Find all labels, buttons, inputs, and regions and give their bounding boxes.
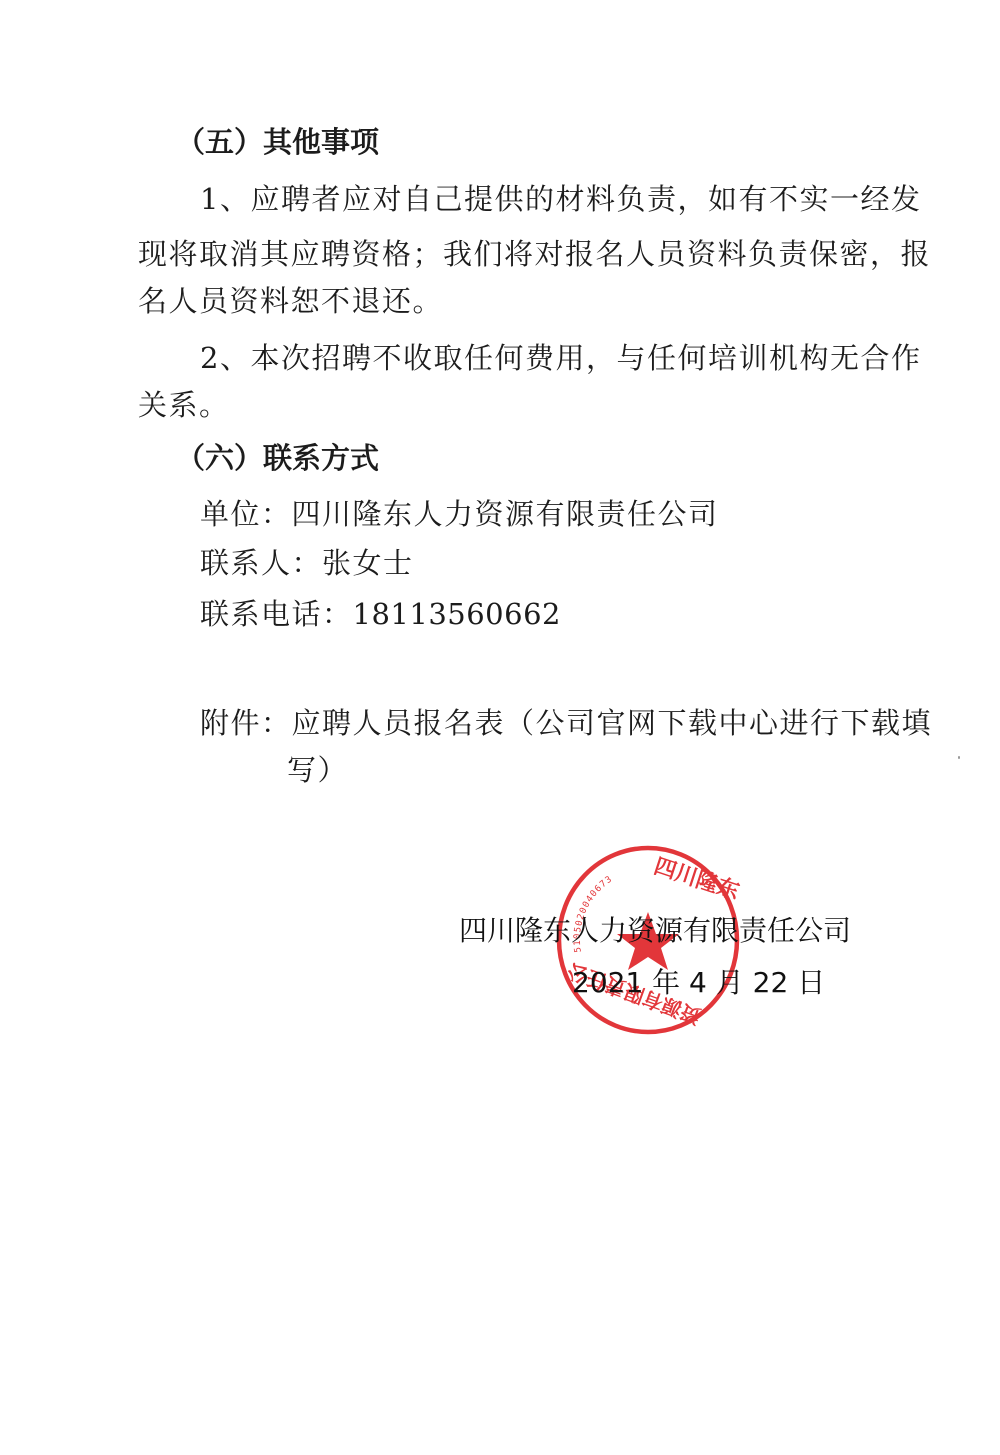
paragraph-item2-line2: 关系。	[138, 387, 230, 423]
paragraph-item1-line1: 1、应聘者应对自己提供的材料负责，如有不实一经发	[200, 181, 921, 217]
attachment-line1: 应聘人员报名表（公司官网下载中心进行下载填	[292, 706, 933, 740]
contact-person-row: 联系人：张女士	[200, 545, 414, 581]
paragraph-item2-line1: 2、本次招聘不收取任何费用，与任何培训机构无合作	[200, 340, 921, 376]
section-heading-other-matters: （五）其他事项	[176, 124, 379, 160]
attachment-line2: 写）	[287, 752, 348, 788]
contact-phone-row: 联系电话：18113560662	[200, 596, 561, 632]
document-page: （五）其他事项 1、应聘者应对自己提供的材料负责，如有不实一经发 现将取消其应聘…	[0, 0, 1000, 1455]
attachment-row: 附件：应聘人员报名表（公司官网下载中心进行下载填	[200, 705, 932, 741]
contact-person-value: 张女士	[322, 546, 414, 580]
paragraph-item1-line3: 名人员资料恕不退还。	[138, 283, 443, 319]
contact-unit-row: 单位：四川隆东人力资源有限责任公司	[200, 496, 719, 532]
contact-phone-value: 18113560662	[353, 597, 561, 631]
paragraph-item1-line2: 现将取消其应聘资格；我们将对报名人员资料负责保密，报	[138, 236, 931, 272]
contact-unit-label: 单位：	[200, 497, 292, 531]
contact-unit-value: 四川隆东人力资源有限责任公司	[292, 497, 719, 531]
contact-person-label: 联系人：	[200, 546, 322, 580]
contact-phone-label: 联系电话：	[200, 597, 353, 631]
signature-date: 2021 年 4 月 22 日	[572, 966, 825, 1000]
attachment-label: 附件：	[200, 706, 292, 740]
scan-speck	[958, 756, 960, 759]
section-heading-contact: （六）联系方式	[176, 440, 379, 476]
signature-company: 四川隆东人力资源有限责任公司	[459, 914, 851, 948]
